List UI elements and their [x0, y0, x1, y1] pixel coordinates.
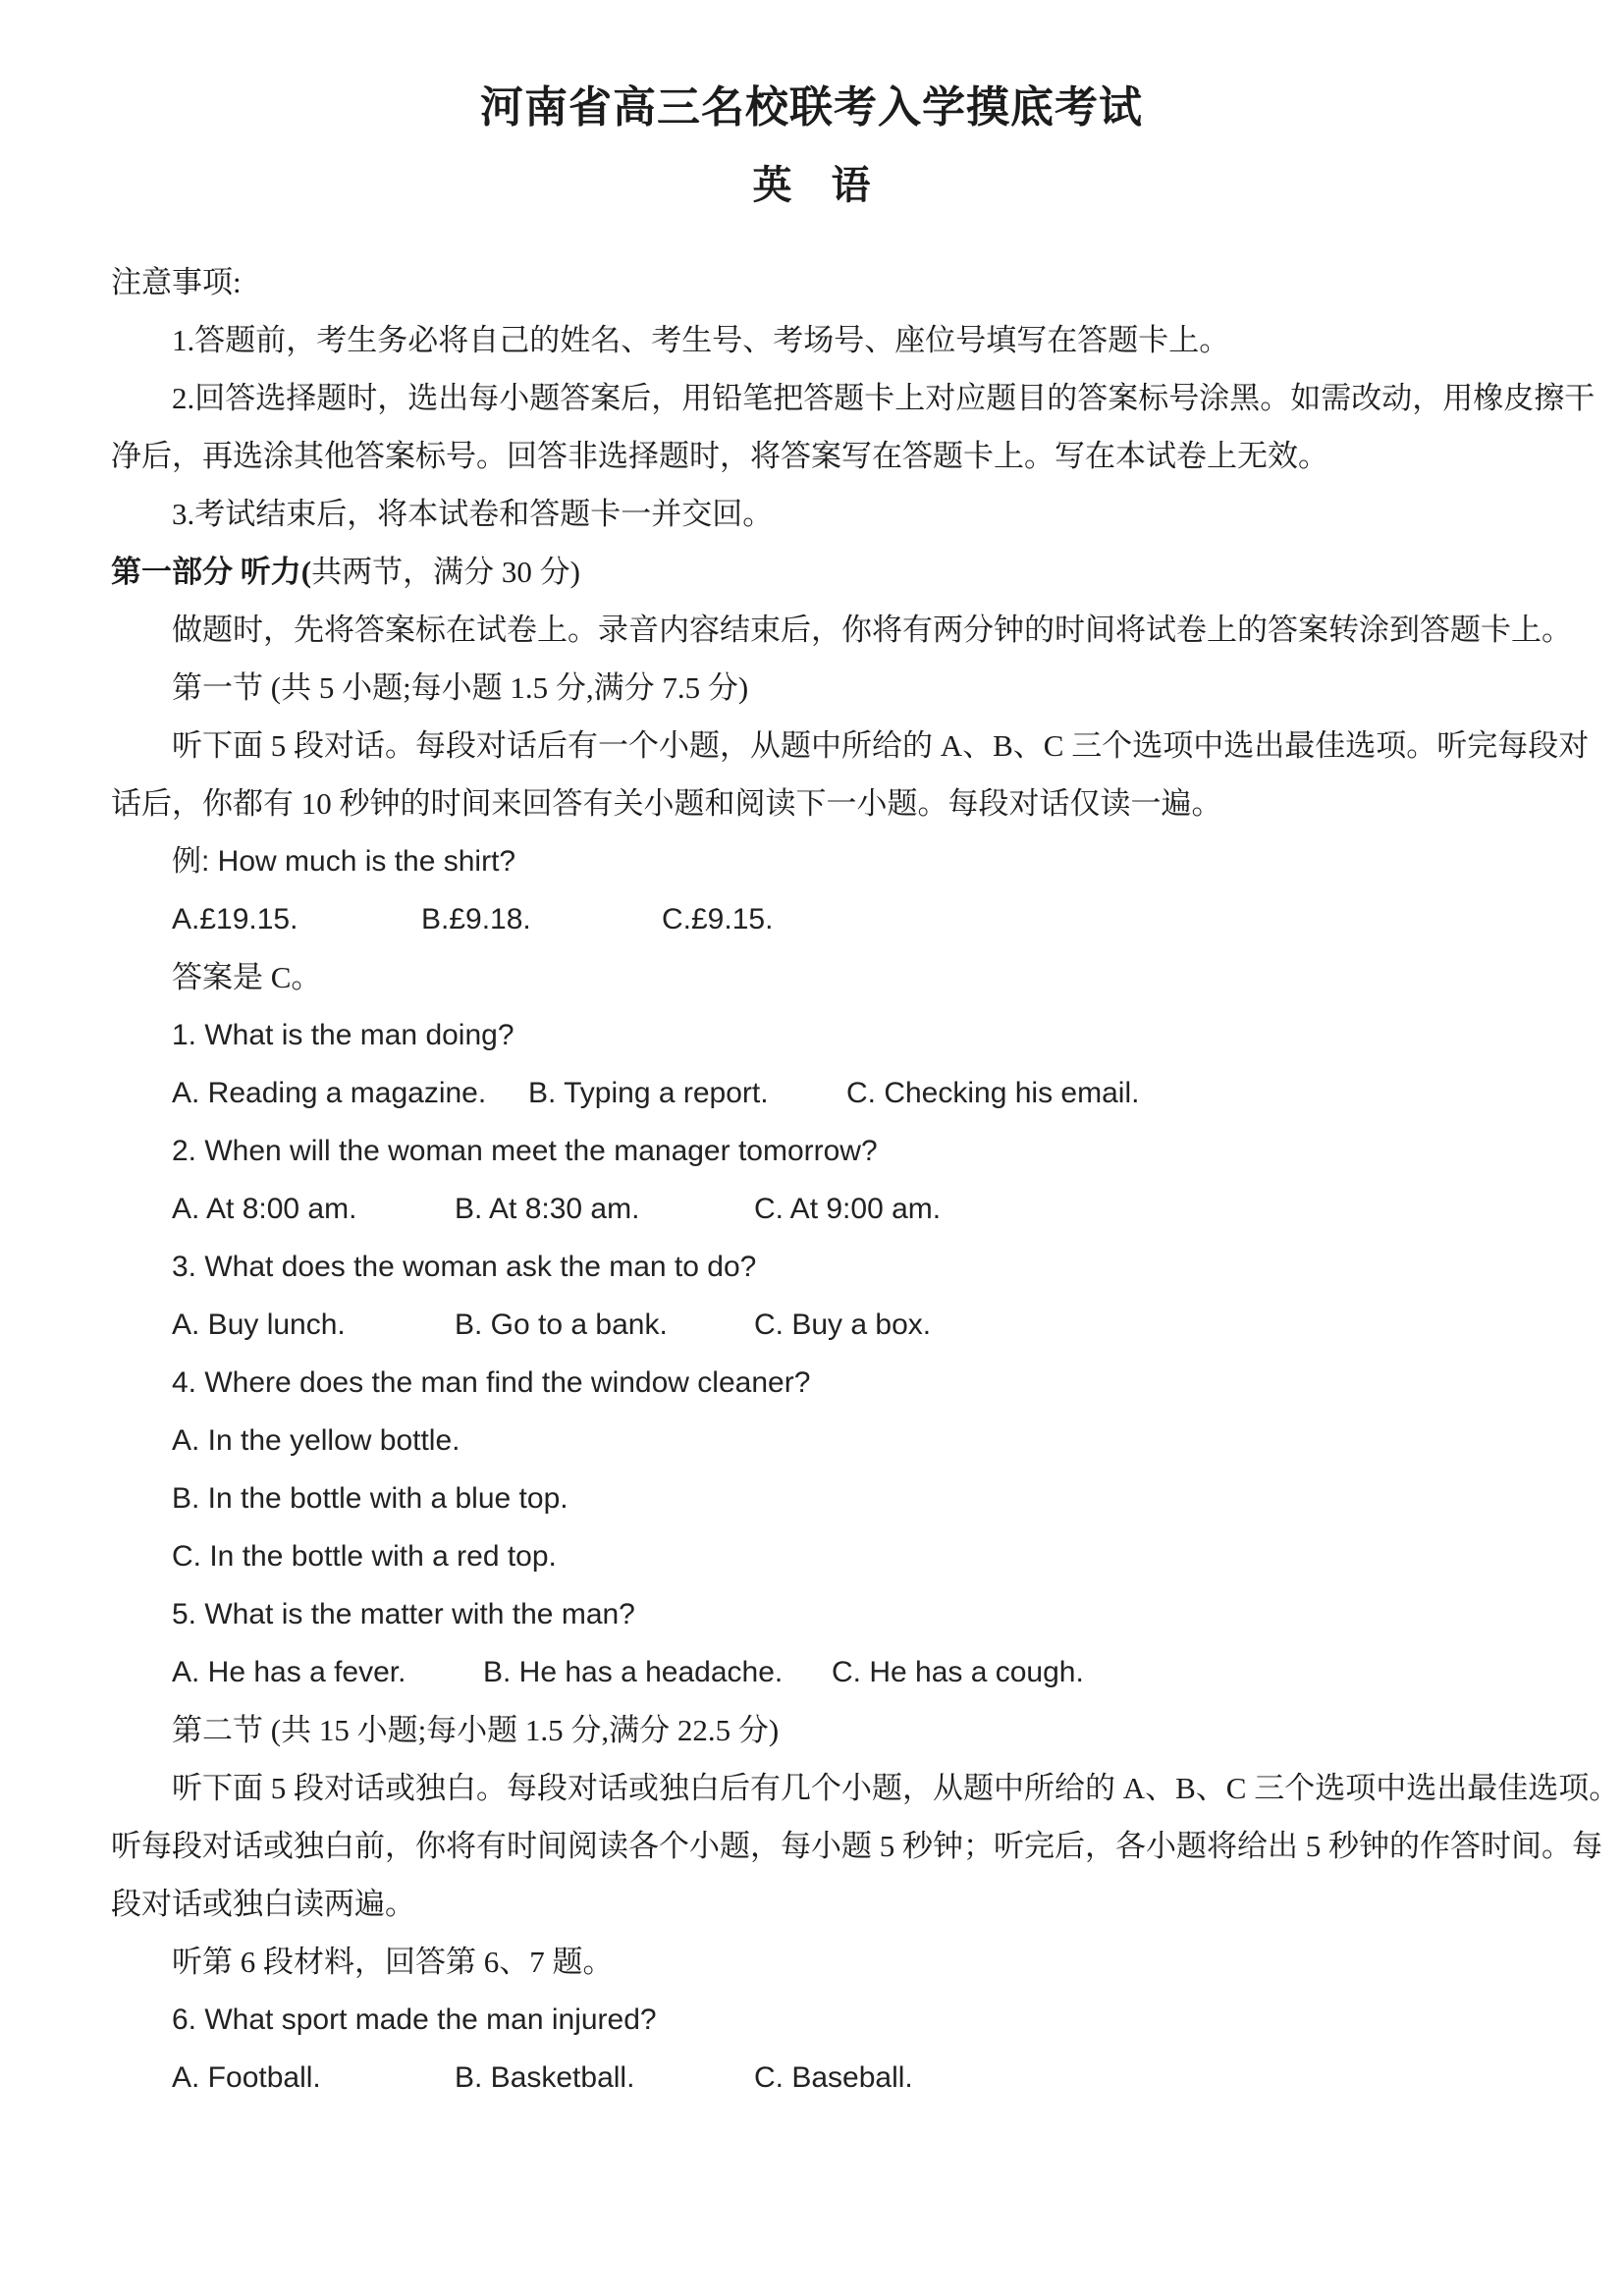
exam-title: 河南省高三名校联考入学摸底考试: [0, 80, 1623, 135]
question-1-option-a: A. Reading a magazine.: [172, 1064, 528, 1122]
section1-instruction-line-1: 听下面 5 段对话。每段对话后有一个小题，从题中所给的 A、B、C 三个选项中选…: [111, 717, 1568, 774]
section2-instruction-line-2: 听每段对话或独白前，你将有时间阅读各个小题，每小题 5 秒钟；听完后，各小题将给…: [111, 1817, 1568, 1875]
exam-paper-page: 河南省高三名校联考入学摸底考试 英 语 注意事项: 1.答题前，考生务必将自己的…: [0, 0, 1623, 2296]
part1-heading-title: 第一部分 听力(: [111, 555, 311, 589]
question-6-option-c: C. Baseball.: [754, 2049, 913, 2107]
question-5-option-c: C. He has a cough.: [832, 1643, 1084, 1701]
notice-item-2-line-1: 2.回答选择题时，选出每小题答案后，用铅笔把答题卡上对应题目的答案标号涂黑。如需…: [111, 369, 1568, 427]
example-option-b: B.£9.18.: [421, 890, 662, 948]
question-3-option-b: B. Go to a bank.: [455, 1296, 754, 1354]
notice-item-2-line-2: 净后，再选涂其他答案标号。回答非选择题时，将答案写在答题卡上。写在本试卷上无效。: [111, 427, 1568, 485]
section2-heading: 第二节 (共 15 小题;每小题 1.5 分,满分 22.5 分): [111, 1701, 1568, 1759]
question-4-option-b: B. In the bottle with a blue top.: [111, 1469, 1568, 1527]
section1-heading: 第一节 (共 5 小题;每小题 1.5 分,满分 7.5 分): [111, 659, 1568, 717]
section2-instruction-line-1: 听下面 5 段对话或独白。每段对话或独白后有几个小题，从题中所给的 A、B、C …: [111, 1759, 1568, 1817]
question-3-option-c: C. Buy a box.: [754, 1296, 931, 1354]
exam-body: 注意事项: 1.答题前，考生务必将自己的姓名、考生号、考场号、座位号填写在答题卡…: [0, 253, 1623, 2107]
question-2: 2. When will the woman meet the manager …: [111, 1122, 1568, 1180]
material-6-lead: 听第 6 段材料，回答第 6、7 题。: [111, 1933, 1568, 1991]
notice-item-1: 1.答题前，考生务必将自己的姓名、考生号、考场号、座位号填写在答题卡上。: [111, 311, 1568, 369]
example-question: 例: How much is the shirt?: [111, 832, 1568, 890]
example-option-a: A.£19.15.: [172, 890, 421, 948]
question-5-option-b: B. He has a headache.: [483, 1643, 832, 1701]
question-1: 1. What is the man doing?: [111, 1006, 1568, 1064]
section1-instruction-line-2: 话后，你都有 10 秒钟的时间来回答有关小题和阅读下一小题。每段对话仅读一遍。: [111, 774, 1568, 832]
part1-heading: 第一部分 听力(共两节，满分 30 分): [111, 543, 1568, 601]
question-5: 5. What is the matter with the man?: [111, 1585, 1568, 1643]
question-3-option-a: A. Buy lunch.: [172, 1296, 455, 1354]
question-2-option-b: B. At 8:30 am.: [455, 1180, 754, 1238]
notice-item-3: 3.考试结束后，将本试卷和答题卡一并交回。: [111, 485, 1568, 543]
question-2-option-a: A. At 8:00 am.: [172, 1180, 455, 1238]
part1-heading-detail: 共两节，满分 30 分): [311, 555, 580, 589]
question-6-option-b: B. Basketball.: [455, 2049, 754, 2107]
notice-heading: 注意事项:: [111, 253, 1568, 311]
question-6-option-a: A. Football.: [172, 2049, 455, 2107]
question-1-options: A. Reading a magazine.B. Typing a report…: [111, 1064, 1568, 1122]
question-6: 6. What sport made the man injured?: [111, 1991, 1568, 2049]
question-3-options: A. Buy lunch.B. Go to a bank.C. Buy a bo…: [111, 1296, 1568, 1354]
question-3: 3. What does the woman ask the man to do…: [111, 1238, 1568, 1296]
question-1-option-b: B. Typing a report.: [528, 1064, 846, 1122]
example-option-c: C.£9.15.: [662, 890, 773, 948]
question-2-options: A. At 8:00 am.B. At 8:30 am.C. At 9:00 a…: [111, 1180, 1568, 1238]
question-6-options: A. Football.B. Basketball.C. Baseball.: [111, 2049, 1568, 2107]
section2-instruction-line-3: 段对话或独白读两遍。: [111, 1875, 1568, 1933]
question-2-option-c: C. At 9:00 am.: [754, 1180, 941, 1238]
part1-instruction: 做题时，先将答案标在试卷上。录音内容结束后，你将有两分钟的时间将试卷上的答案转涂…: [111, 601, 1568, 659]
example-options: A.£19.15.B.£9.18.C.£9.15.: [111, 890, 1568, 948]
question-5-option-a: A. He has a fever.: [172, 1643, 483, 1701]
question-4-option-c: C. In the bottle with a red top.: [111, 1527, 1568, 1585]
question-4-option-a: A. In the yellow bottle.: [111, 1412, 1568, 1469]
question-1-option-c: C. Checking his email.: [846, 1064, 1139, 1122]
question-5-options: A. He has a fever.B. He has a headache.C…: [111, 1643, 1568, 1701]
example-answer: 答案是 C。: [111, 948, 1568, 1006]
exam-subject: 英 语: [0, 161, 1623, 210]
question-4: 4. Where does the man find the window cl…: [111, 1354, 1568, 1412]
